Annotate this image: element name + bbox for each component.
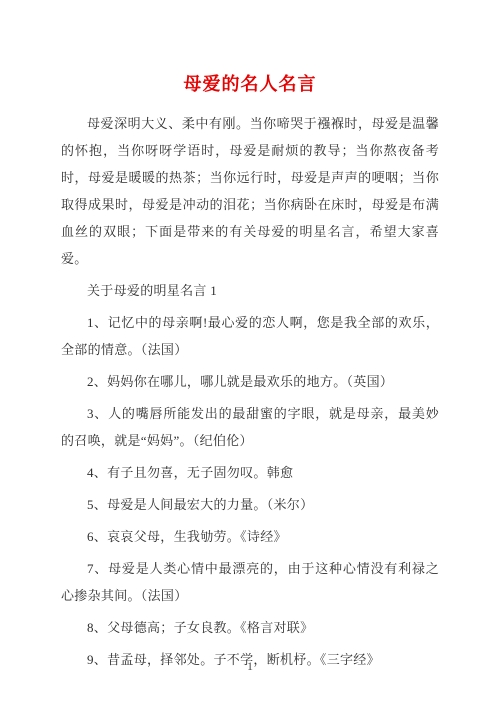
page-number: 1	[0, 659, 500, 673]
page-title: 母爱的名人名言	[61, 72, 439, 96]
intro-paragraph: 母爱深明大义、柔中有刚。当你啼哭于襁褓时，母爱是温馨的怀抱，当你呀呀学语时，母爱…	[61, 110, 439, 272]
quote-item-3: 3、人的嘴唇所能发出的最甜蜜的字眼，就是母亲，最美妙的召唤，就是“妈妈”。（纪伯…	[61, 400, 439, 454]
quote-item-8: 8、父母德高；子女良教。《格言对联》	[61, 614, 439, 641]
quote-item-6: 6、哀哀父母，生我劬劳。《诗经》	[61, 523, 439, 550]
quote-item-1: 1、记忆中的母亲啊!最心爱的恋人啊，您是我全部的欢乐，全部的情意。（法国）	[61, 309, 439, 363]
section-subtitle: 关于母爱的明星名言 1	[61, 277, 439, 304]
quote-item-5: 5、母爱是人间最宏大的力量。（米尔）	[61, 491, 439, 518]
document-page: 母爱的名人名言 母爱深明大义、柔中有刚。当你啼哭于襁褓时，母爱是温馨的怀抱，当你…	[0, 0, 500, 707]
quote-item-7: 7、母爱是人类心情中最漂亮的，由于这种心情没有利禄之心掺杂其间。（法国）	[61, 555, 439, 609]
quote-item-4: 4、有子且勿喜，无子固勿叹。韩愈	[61, 459, 439, 486]
quote-item-2: 2、妈妈你在哪儿，哪儿就是最欢乐的地方。（英国）	[61, 368, 439, 395]
